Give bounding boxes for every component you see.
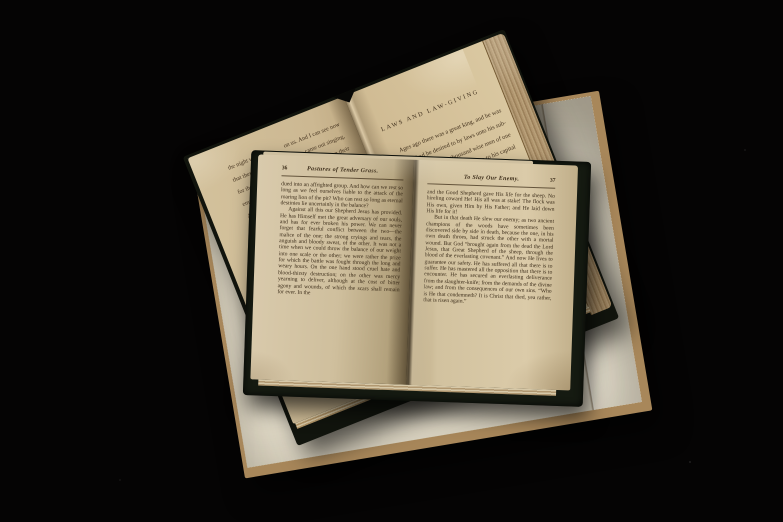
left-running-title: Pastures of Tender Grass.	[282, 165, 404, 175]
top-book: 36 Pastures of Tender Grass. dued into a…	[243, 150, 591, 407]
right-running-title: To Slay Our Enemy.	[427, 173, 555, 183]
body-paragraph: But in that death He slew our enemy; as …	[423, 215, 554, 308]
right-page-body-text: and the Good Shepherd gave His life for …	[423, 189, 555, 308]
top-book-pages: 36 Pastures of Tender Grass. dued into a…	[250, 154, 578, 390]
body-paragraph: Against all this our Shepherd Jesus has …	[277, 207, 402, 300]
photo-of-stacked-open-books: w82§bo on us. And I can see now came out…	[0, 0, 783, 522]
top-book-gutter	[386, 159, 438, 385]
left-page-body-text: dued into an affrighted group. And how c…	[277, 181, 403, 299]
right-page-number: 37	[550, 178, 556, 184]
left-page-number: 36	[282, 165, 288, 171]
